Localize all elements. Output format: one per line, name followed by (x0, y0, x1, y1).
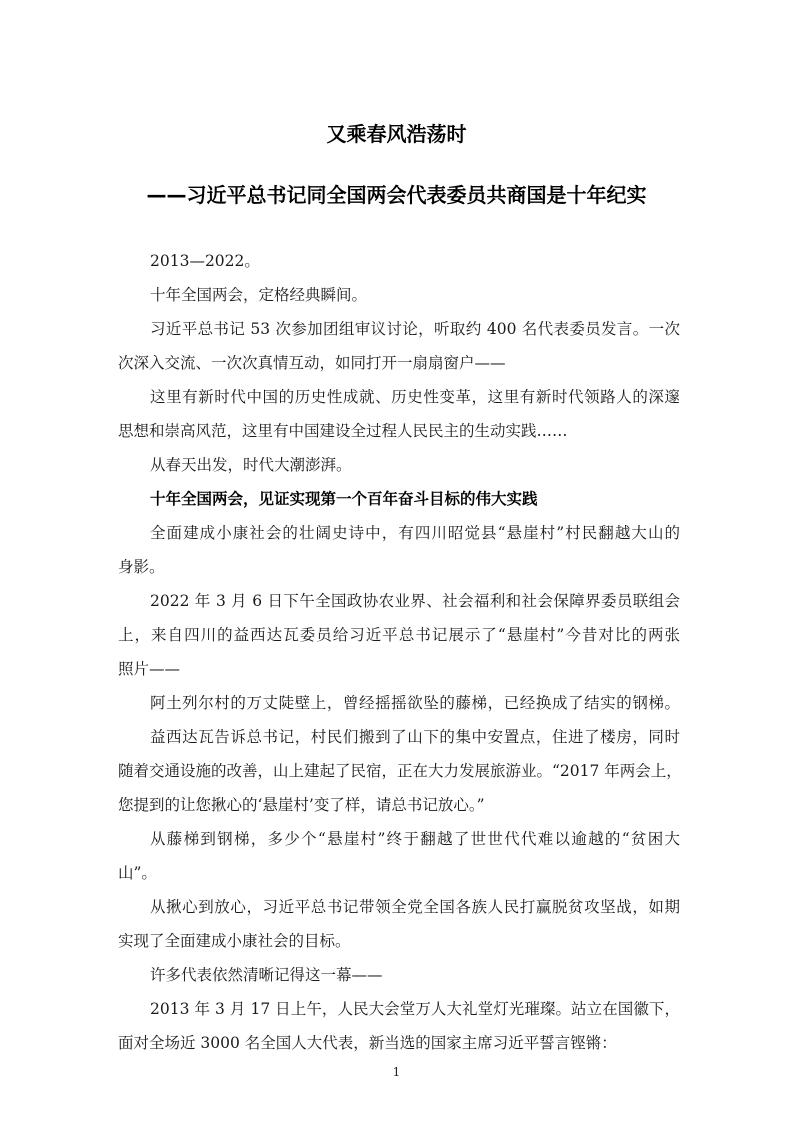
paragraph-line: 照片—— (118, 659, 680, 679)
paragraph-line: 身影。 (118, 557, 680, 577)
paragraph-line: 实现了全面建成小康社会的目标。 (118, 931, 680, 951)
paragraph-line: 随着交通设施的改善，山上建起了民宿，正在大力发展旅游业。“2017 年两会上， (118, 761, 680, 781)
paragraph-line: 阿土列尔村的万丈陡壁上，曾经摇摇欲坠的藤梯，已经换成了结实的钢梯。 (150, 693, 680, 713)
paragraph-line: 十年全国两会，定格经典瞬间。 (150, 285, 680, 305)
paragraph-line: 全面建成小康社会的壮阔史诗中，有四川昭觉县“悬崖村”村民翻越大山的 (150, 523, 680, 543)
paragraph-line: 2022 年 3 月 6 日下午全国政协农业界、社会福利和社会保障界委员联组会 (150, 591, 680, 611)
paragraph-line: 从藤梯到钢梯，多少个“悬崖村”终于翻越了世世代代难以逾越的“贫困大 (150, 829, 680, 849)
paragraph-line: 山”。 (118, 863, 680, 883)
document-page: 又乘春风浩荡时 ——习近平总书记同全国两会代表委员共商国是十年纪实 2013—2… (0, 0, 793, 1122)
paragraph-line: 次深入交流、一次次真情互动，如同打开一扇扇窗户—— (118, 353, 680, 373)
paragraph-line: 许多代表依然清晰记得这一幕—— (150, 965, 680, 985)
document-subtitle: ——习近平总书记同全国两会代表委员共商国是十年纪实 (0, 181, 793, 209)
section-heading-line: 十年全国两会，见证实现第一个百年奋斗目标的伟大实践 (150, 489, 680, 509)
paragraph-line: 从春天出发，时代大潮澎湃。 (150, 455, 680, 475)
paragraph-line: 思想和崇高风范，这里有中国建设全过程人民民主的生动实践…… (118, 421, 680, 441)
paragraph-line: 这里有新时代中国的历史性成就、历史性变革，这里有新时代领路人的深邃 (150, 387, 680, 407)
page-number: 1 (0, 1065, 793, 1079)
document-title: 又乘春风浩荡时 (0, 120, 793, 148)
paragraph-line: 面对全场近 3000 名全国人大代表，新当选的国家主席习近平誓言铿锵： (118, 1033, 680, 1053)
paragraph-line: 益西达瓦告诉总书记，村民们搬到了山下的集中安置点，住进了楼房，同时 (150, 727, 680, 747)
paragraph-line: 2013—2022。 (150, 251, 680, 271)
paragraph-line: 您提到的让您揪心的‘悬崖村’变了样，请总书记放心。” (118, 795, 680, 815)
paragraph-line: 从揪心到放心，习近平总书记带领全党全国各族人民打赢脱贫攻坚战，如期 (150, 897, 680, 917)
paragraph-line: 习近平总书记 53 次参加团组审议讨论，听取约 400 名代表委员发言。一次 (150, 319, 680, 339)
paragraph-line: 上，来自四川的益西达瓦委员给习近平总书记展示了“悬崖村”今昔对比的两张 (118, 625, 680, 645)
paragraph-line: 2013 年 3 月 17 日上午，人民大会堂万人大礼堂灯光璀璨。站立在国徽下， (150, 999, 680, 1019)
